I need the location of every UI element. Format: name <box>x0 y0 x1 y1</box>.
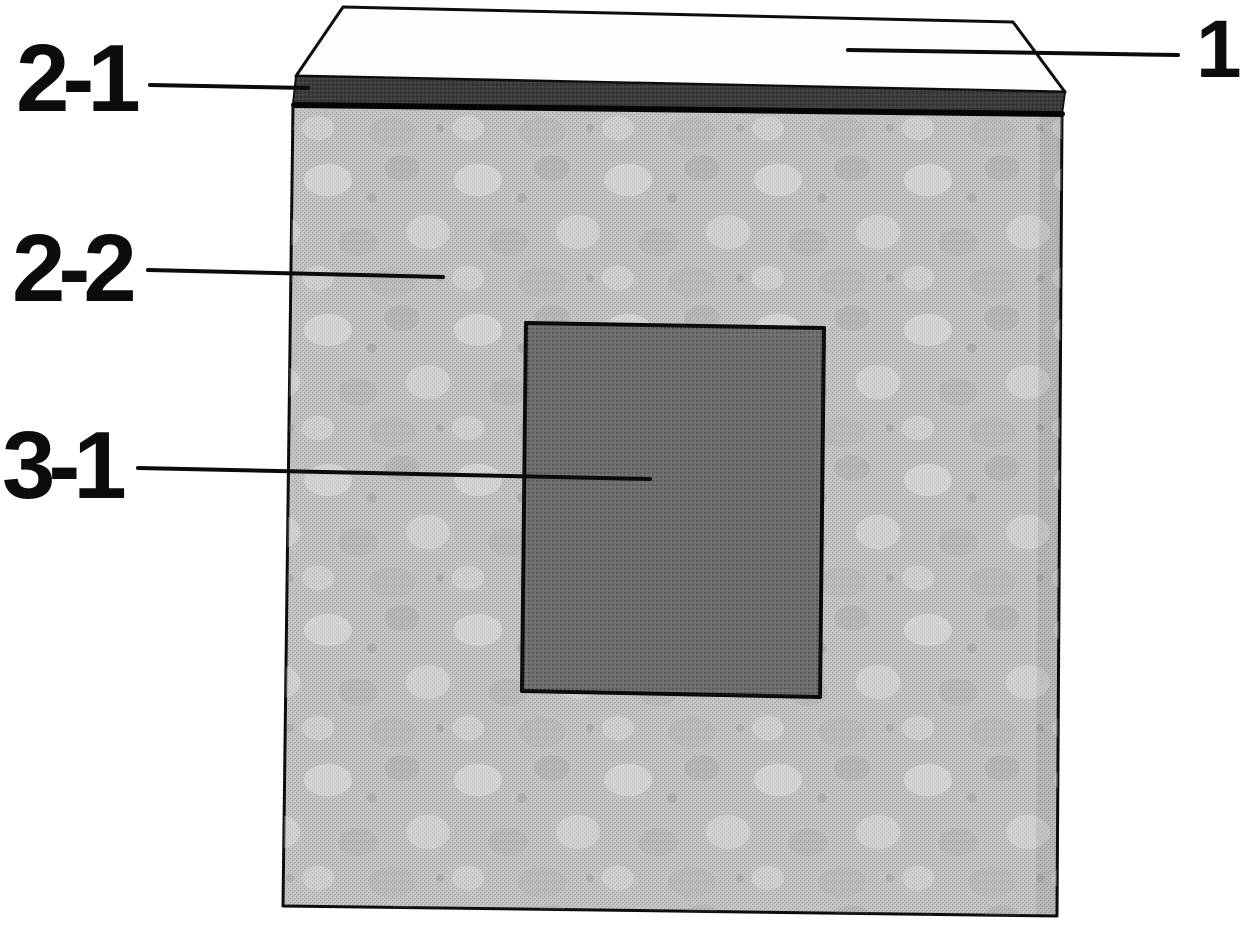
label-2-1: 2-1 <box>16 31 134 127</box>
label-2-2: 2-2 <box>12 221 130 317</box>
label-3-1: 3-1 <box>2 418 120 514</box>
inner-square-texture <box>522 323 824 697</box>
box-diagram <box>0 0 1240 931</box>
leader-line-2-1 <box>150 85 308 88</box>
label-1: 1 <box>1196 9 1240 91</box>
figure-canvas: 2-1 2-2 3-1 1 <box>0 0 1240 931</box>
